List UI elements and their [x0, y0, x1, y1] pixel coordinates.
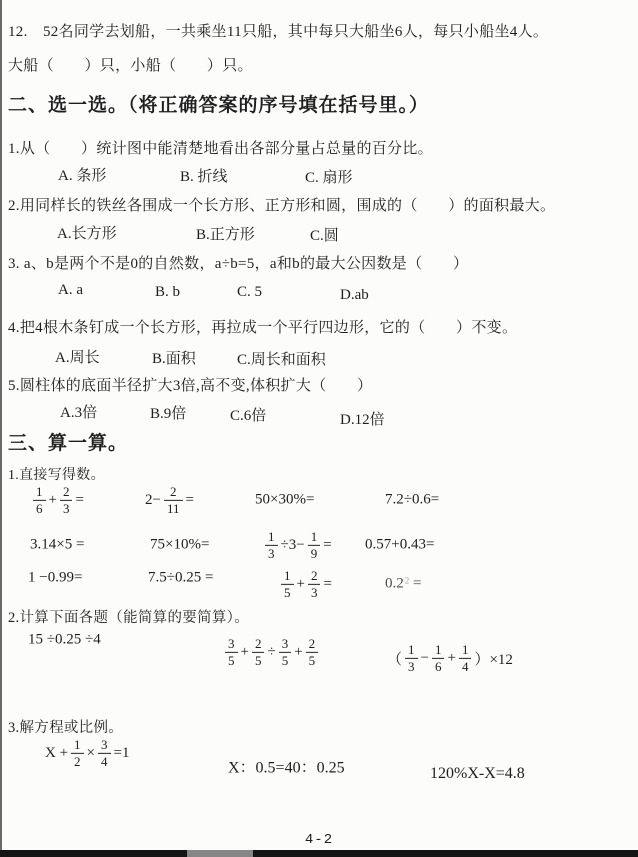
denominator: 5	[279, 653, 292, 668]
numerator: 3	[98, 738, 111, 754]
numerator: 2	[308, 569, 321, 585]
option-a: A. a	[58, 282, 83, 299]
fraction: 23	[308, 569, 321, 599]
option-c: C. 扇形	[305, 166, 353, 187]
denominator: 5	[225, 653, 238, 668]
math-text: −	[421, 650, 429, 667]
denominator: 11	[164, 501, 183, 516]
denominator: 5	[281, 585, 294, 600]
numerator: 1	[281, 569, 294, 585]
math-text: +	[294, 644, 302, 661]
math-text: =1	[114, 745, 130, 762]
fraction: 16	[33, 485, 46, 515]
question-4-text: 4.把4根木条钉成一个长方形，再拉成一个平行四边形，它的（ ）不变。	[8, 316, 517, 337]
math-text: =	[323, 576, 331, 593]
math-text: +	[49, 492, 57, 509]
denominator: 5	[306, 653, 319, 668]
numerator: 1	[459, 643, 472, 659]
math-text: （	[387, 648, 402, 669]
superscript: 2	[405, 576, 410, 586]
denominator: 4	[98, 754, 111, 769]
mental-math-row-1: 16+23= 2−211= 50×30%= 7.2÷0.6=	[0, 477, 638, 523]
question-5-text: 5.圆柱体的底面半径扩大3倍,高不变,体积扩大（ ）	[8, 374, 372, 395]
fraction: 211	[164, 485, 183, 515]
denominator: 5	[252, 653, 265, 668]
option-a: A.长方形	[57, 222, 117, 243]
math-text: +	[447, 650, 455, 667]
scanned-test-page: 12. 52名同学去划船，一共乘坐11只船，其中每只大船坐6人，每只小船坐4人。…	[0, 0, 638, 857]
question-12-line2: 大船（ ）只，小船（ ）只。	[8, 54, 253, 75]
option-b: B.面积	[152, 347, 196, 368]
fraction: 19	[308, 530, 321, 560]
math-text: +	[297, 576, 305, 593]
math-text: =	[75, 492, 83, 509]
math-text: 3.14×5 =	[30, 537, 84, 554]
option-a: A.3倍	[60, 401, 97, 422]
math-expression: 7.5÷0.25 =	[148, 570, 213, 587]
math-text: 7.5÷0.25 =	[148, 570, 213, 587]
numerator: 1	[71, 738, 84, 754]
math-expression: 16+23=	[30, 485, 84, 515]
denominator: 3	[308, 585, 321, 600]
simplify-row: 15 ÷0.25 ÷4 35+25÷35+25 （13−16+14）×12	[0, 622, 638, 682]
numerator: 1	[308, 530, 321, 546]
math-text: +	[241, 644, 249, 661]
denominator: 9	[308, 546, 321, 561]
math-text: 0.57+0.43=	[365, 537, 434, 554]
math-expression: （13−16+14）×12	[387, 643, 513, 673]
option-c: C.6倍	[230, 404, 266, 425]
numerator: 2	[306, 637, 319, 653]
math-text: 0.2	[385, 576, 404, 593]
denominator: 6	[33, 501, 46, 516]
math-text: 120%X-X=4.8	[430, 765, 525, 783]
math-expression: X +12×34=1	[45, 738, 129, 768]
fraction: 25	[252, 637, 265, 667]
numerator: 1	[432, 643, 445, 659]
math-text: 50×30%=	[255, 492, 314, 509]
denominator: 4	[459, 659, 472, 674]
math-expression: 15+23=	[278, 569, 332, 599]
math-expression: 120%X-X=4.8	[430, 765, 525, 783]
numerator: 2	[60, 485, 73, 501]
option-a: A. 条形	[58, 164, 106, 185]
math-text: ÷3−	[281, 537, 305, 554]
question-4-options: A.周长 B.面积 C.周长和面积	[0, 346, 638, 374]
math-text: 7.2÷0.6=	[385, 492, 439, 509]
math-text: X +	[45, 745, 68, 762]
math-expression: 2−211=	[145, 485, 194, 515]
question-1-options: A. 条形 B. 折线 C. 扇形	[0, 164, 638, 192]
math-expression: 0.57+0.43=	[365, 537, 434, 554]
math-text: 75×10%=	[150, 537, 209, 554]
fraction: 35	[225, 637, 238, 667]
math-expression: 35+25÷35+25	[222, 637, 321, 667]
numerator: 2	[164, 485, 183, 501]
numerator: 1	[405, 643, 418, 659]
numerator: 3	[279, 637, 292, 653]
option-b: B. 折线	[180, 165, 228, 186]
fraction: 13	[265, 530, 278, 560]
math-text: ÷	[267, 644, 275, 661]
math-expression: X：0.5=40：0.25	[228, 755, 345, 778]
option-b: B.9倍	[150, 402, 186, 423]
option-b: B.正方形	[196, 223, 255, 244]
question-3-options: A. a B. b C. 5 D.ab	[0, 282, 638, 310]
option-c: C.周长和面积	[237, 348, 326, 369]
fraction: 34	[98, 738, 111, 768]
option-c: C. 5	[237, 284, 262, 301]
section3-heading: 三、算一算。	[8, 428, 128, 455]
math-text: =	[409, 576, 421, 593]
scan-bottom-bar	[0, 850, 638, 857]
fraction: 25	[306, 637, 319, 667]
fraction: 23	[60, 485, 73, 515]
fraction: 15	[281, 569, 294, 599]
math-expression: 3.14×5 =	[30, 537, 84, 554]
option-d: D.ab	[340, 287, 369, 304]
question-5-options: A.3倍 B.9倍 C.6倍 D.12倍	[0, 401, 638, 429]
fraction: 16	[432, 643, 445, 673]
fraction: 12	[71, 738, 84, 768]
numerator: 1	[265, 530, 278, 546]
math-text: =	[323, 537, 331, 554]
math-expression: 75×10%=	[150, 537, 209, 554]
denominator: 3	[60, 501, 73, 516]
math-text: 15 ÷0.25 ÷4	[28, 632, 101, 649]
fraction: 35	[279, 637, 292, 667]
section2-heading: 二、选一选。（将正确答案的序号填在括号里。）	[8, 90, 429, 117]
math-expression: 7.2÷0.6=	[385, 492, 439, 509]
option-b: B. b	[155, 284, 180, 301]
fraction: 14	[459, 643, 472, 673]
mental-math-row-3: 1 −0.99= 7.5÷0.25 = 15+23= 0.22 =	[0, 561, 638, 607]
math-expression: 50×30%=	[255, 492, 314, 509]
numerator: 1	[33, 485, 46, 501]
option-d: D.12倍	[340, 408, 385, 429]
fraction: 13	[405, 643, 418, 673]
denominator: 3	[405, 659, 418, 674]
math-text: =	[186, 492, 194, 509]
math-text: 2−	[145, 492, 161, 509]
numerator: 3	[225, 637, 238, 653]
math-expression: 15 ÷0.25 ÷4	[28, 632, 101, 649]
question-2-text: 2.用同样长的铁丝各围成一个长方形、正方形和圆，围成的（ ）的面积最大。	[8, 194, 555, 215]
numerator: 2	[252, 637, 265, 653]
math-text: ）×12	[474, 648, 512, 669]
question-1-text: 1.从（ ）统计图中能清楚地看出各部分量占总量的百分比。	[8, 137, 433, 158]
denominator: 2	[71, 754, 84, 769]
math-expression: 1 −0.99=	[28, 570, 82, 587]
denominator: 3	[265, 546, 278, 561]
math-expression: 13÷3−19=	[262, 530, 332, 560]
scan-bottom-bar-gray-segment	[187, 850, 253, 857]
denominator: 6	[432, 659, 445, 674]
math-expression: 0.22 =	[385, 576, 421, 593]
math-text: 1 −0.99=	[28, 570, 82, 587]
question-2-options: A.长方形 B.正方形 C.圆	[0, 222, 638, 250]
question-3-text: 3. a、b是两个不是0的自然数，a÷b=5，a和b的最大公因数是（ ）	[8, 252, 468, 273]
math-text: ×	[87, 745, 95, 762]
option-c: C.圆	[310, 224, 339, 245]
math-text: X：0.5=40：0.25	[228, 755, 345, 778]
equations-row: X +12×34=1 X：0.5=40：0.25 120%X-X=4.8	[0, 726, 638, 790]
option-a: A.周长	[55, 346, 100, 367]
question-12-line1: 12. 52名同学去划船，一共乘坐11只船，其中每只大船坐6人，每只小船坐4人。	[8, 20, 548, 41]
page-number: 4-2	[0, 832, 638, 848]
